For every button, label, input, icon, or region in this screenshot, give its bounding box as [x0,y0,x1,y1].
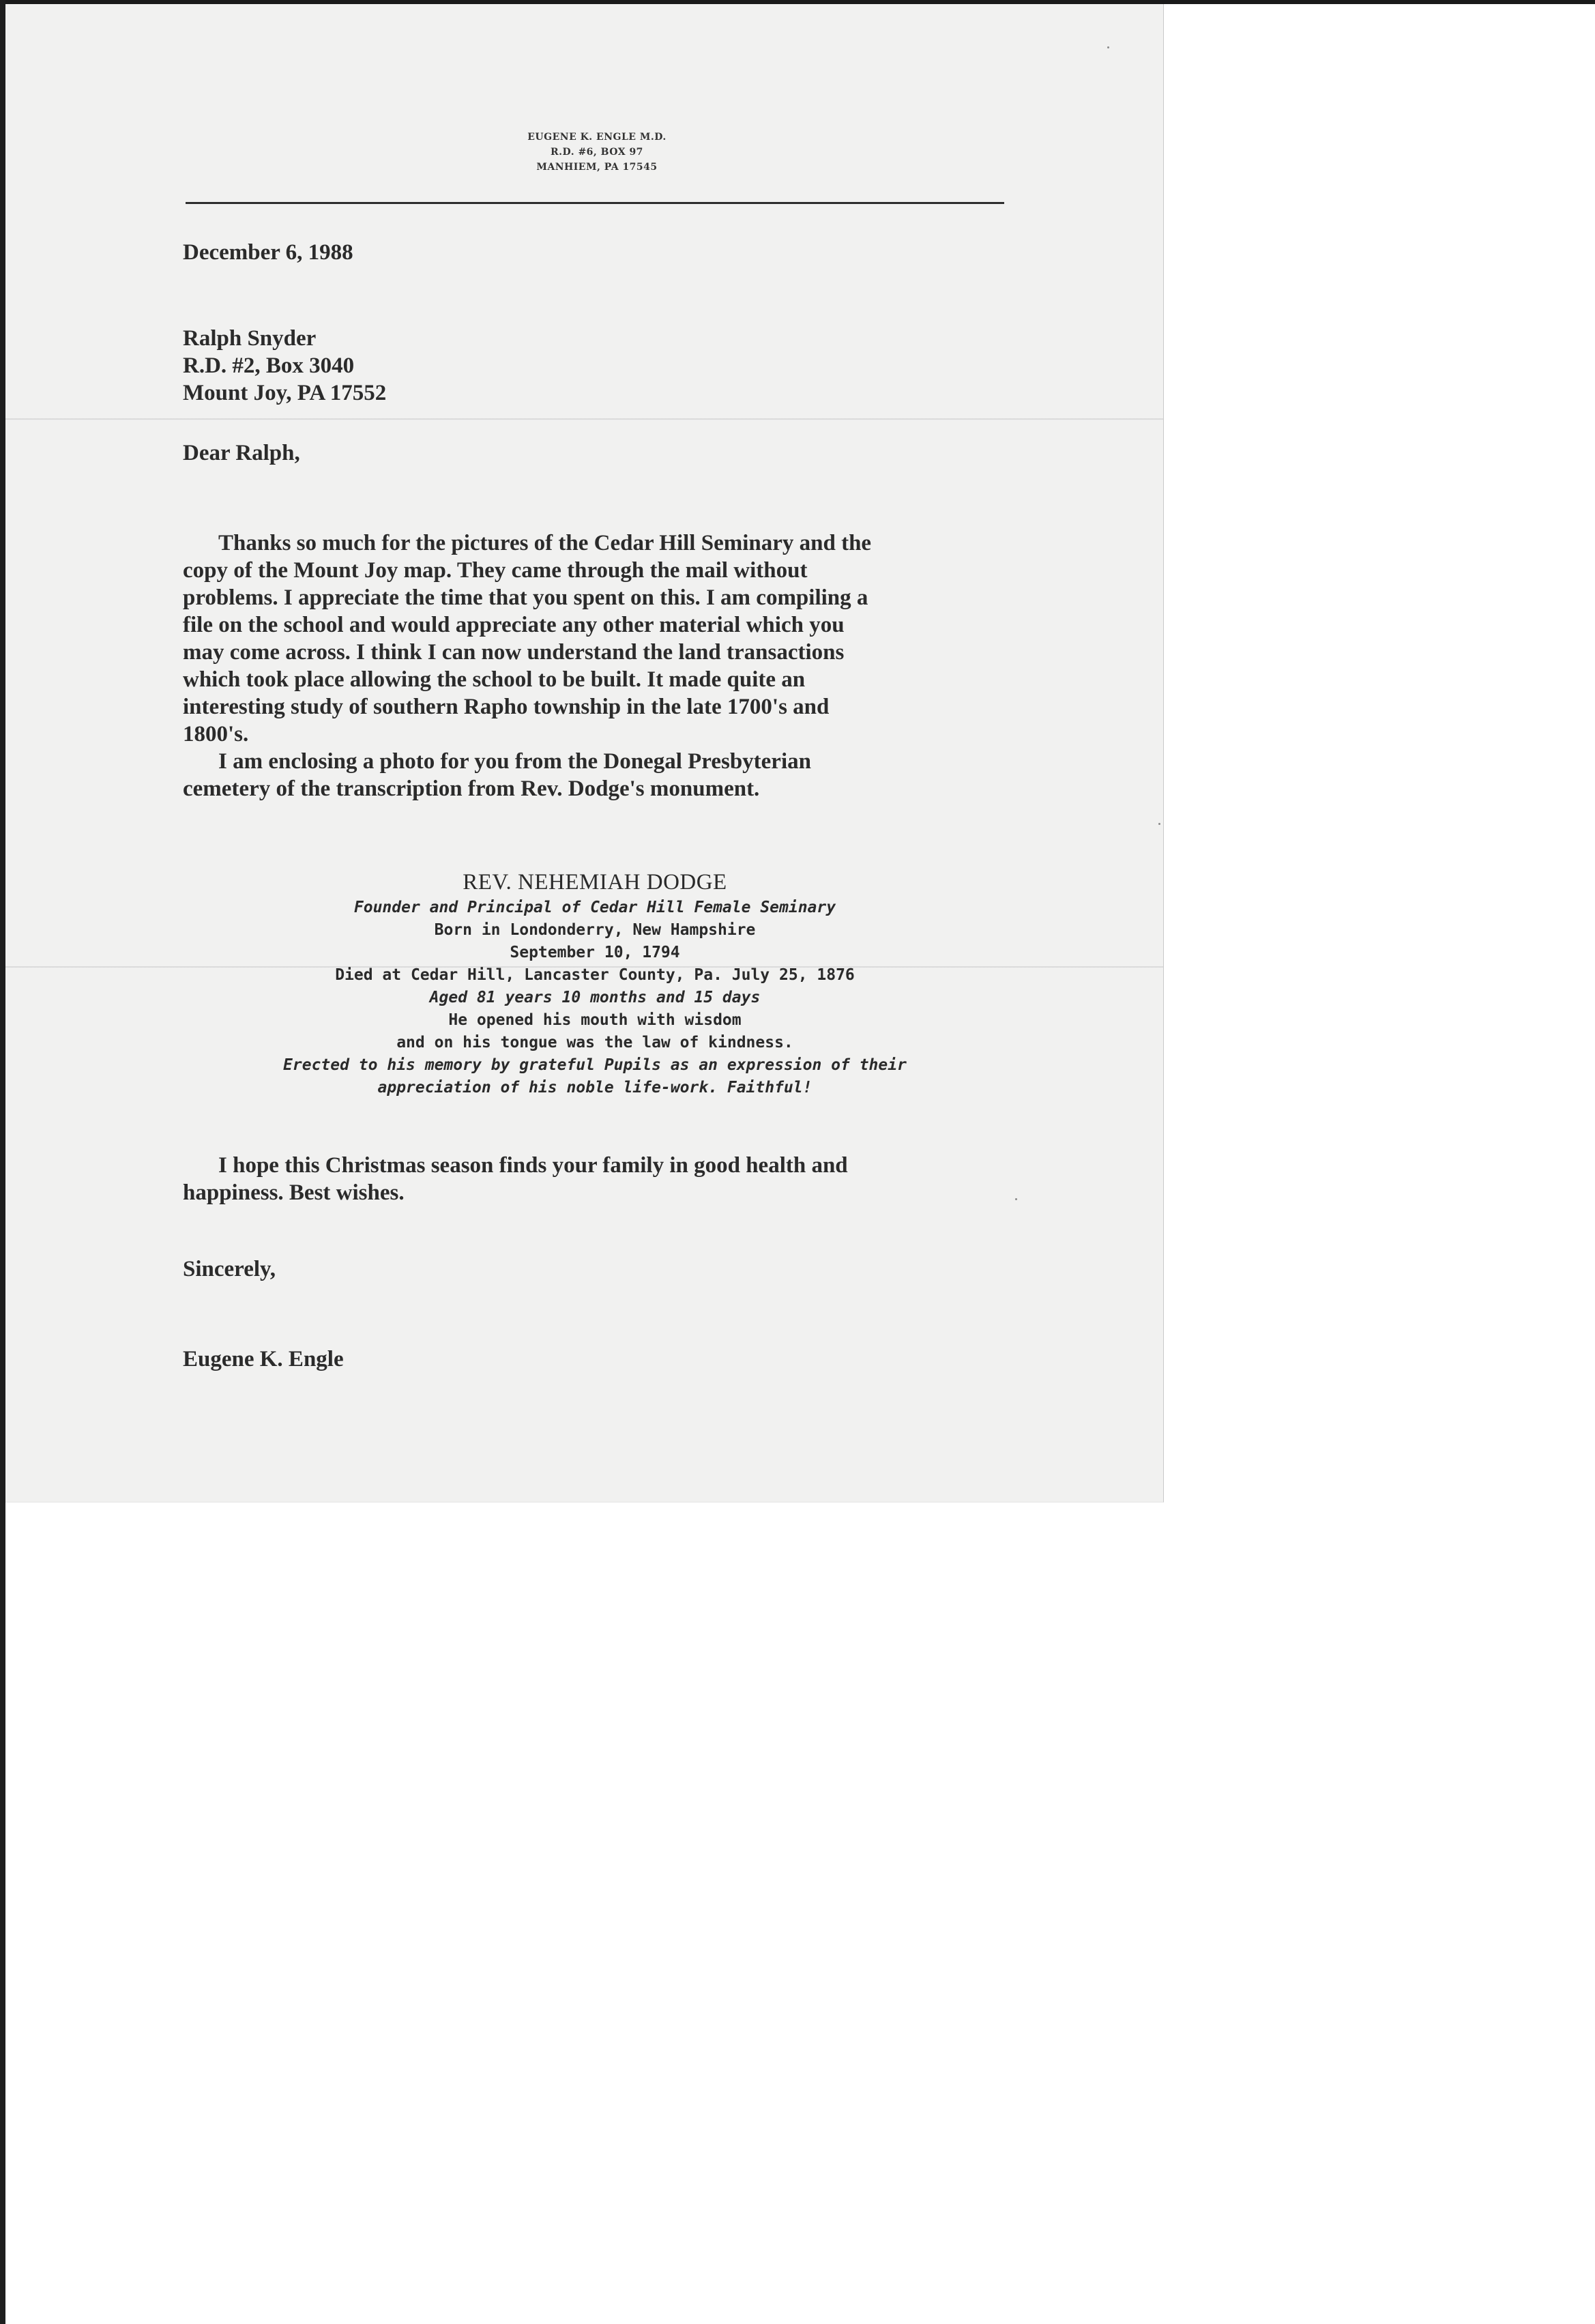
closing: Sincerely, [183,1257,276,1282]
inscription-line: Founder and Principal of Cedar Hill Fema… [179,897,1011,919]
inscription-line: Born in Londonderry, New Hampshire [179,919,1011,942]
body-line: happiness. Best wishes. [183,1179,1015,1206]
monument-inscription: REV. NEHEMIAH DODGE Founder and Principa… [179,868,1011,1099]
body-line: Thanks so much for the pictures of the C… [183,529,1015,557]
recipient-name: Ralph Snyder [183,326,316,351]
paper-speck [1158,823,1160,825]
paper-speck [1107,46,1109,48]
recipient-city: Mount Joy, PA 17552 [183,381,386,406]
salutation: Dear Ralph, [183,441,300,466]
body-line: file on the school and would appreciate … [183,611,1015,639]
body-line: interesting study of southern Rapho town… [183,693,1015,721]
signature: Eugene K. Engle [183,1347,344,1372]
body-line: which took place allowing the school to … [183,666,1015,693]
body-paragraph-1: Thanks so much for the pictures of the C… [183,529,1015,802]
body-line: I am enclosing a photo for you from the … [183,748,1015,775]
inscription-line: appreciation of his noble life-work. Fai… [179,1077,1011,1099]
letterhead: EUGENE K. ENGLE M.D. R.D. #6, BOX 97 MAN… [478,130,716,175]
inscription-line: and on his tongue was the law of kindnes… [179,1032,1011,1054]
scanner-edge-left [0,0,5,2324]
recipient-address: R.D. #2, Box 3040 [183,353,354,379]
fold-crease-upper [5,418,1163,420]
letterhead-city: MANHIEM, PA 17545 [478,160,716,175]
body-line: I hope this Christmas season finds your … [183,1152,1015,1179]
inscription-line: He opened his mouth with wisdom [179,1009,1011,1032]
inscription-line: September 10, 1794 [179,942,1011,964]
inscription-line: Died at Cedar Hill, Lancaster County, Pa… [179,964,1011,987]
body-line: 1800's. [183,721,1015,748]
paper-speck [1015,1198,1017,1200]
letter-date: December 6, 1988 [183,240,353,265]
inscription-lines: Founder and Principal of Cedar Hill Fema… [179,897,1011,1099]
inscription-line: Erected to his memory by grateful Pupils… [179,1054,1011,1077]
body-line: cemetery of the transcription from Rev. … [183,775,1015,802]
body-line: problems. I appreciate the time that you… [183,584,1015,611]
body-line: may come across. I think I can now under… [183,639,1015,666]
inscription-line: Aged 81 years 10 months and 15 days [179,987,1011,1009]
body-line: copy of the Mount Joy map. They came thr… [183,557,1015,584]
letterhead-name: EUGENE K. ENGLE M.D. [478,130,716,145]
letterhead-rule [186,202,1004,204]
body-paragraph-3: I hope this Christmas season finds your … [183,1152,1015,1206]
letterhead-address: R.D. #6, BOX 97 [478,145,716,160]
inscription-title: REV. NEHEMIAH DODGE [179,868,1011,897]
